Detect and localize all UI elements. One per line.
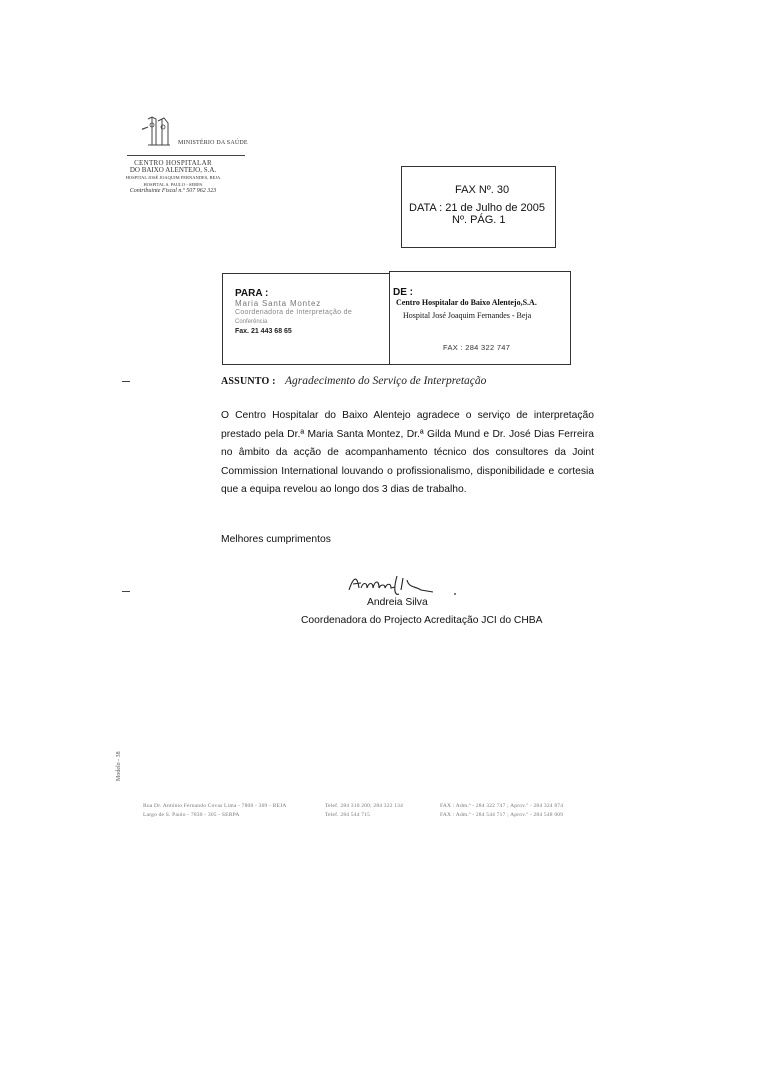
recipient-name: Maria Santa Montez [235,299,321,308]
fax-date: DATA : 21 de Julho de 2005 [409,202,545,214]
footer-address: Largo de S. Paulo - 7830 - 305 - SERPA [143,811,287,820]
punch-mark [122,381,130,382]
recipient-label: PARA : [235,288,268,299]
recipient-fax: Fax. 21 443 68 65 [235,328,292,335]
form-model-marking: Modelo - 38 [106,745,146,785]
ministry-emblem-logo [142,115,172,149]
fax-number: FAX Nº. 30 [455,184,509,196]
sender-fax: FAX : 284 322 747 [443,343,510,352]
letterhead-divider [127,155,245,156]
letterhead-line: Contribuinte Fiscal n.º 507 962 323 [118,188,228,195]
footer-addresses: Rua Dr. António Fernando Covas Lima - 78… [143,802,287,820]
footer-phone: Telef. 284 310 200; 284 322 134 [325,802,403,811]
letter-body: O Centro Hospitalar do Baixo Alentejo ag… [221,407,594,500]
letter-closing: Melhores cumprimentos [221,534,331,545]
ministry-name: MINISTÉRIO DA SAÚDE [178,140,248,146]
subject-label: ASSUNTO : [221,376,276,387]
footer-faxes: FAX : Adm.ª - 284 322 747 ; Aprov.º - 28… [440,802,563,820]
signatory-name: Andreia Silva [367,597,428,608]
signatory-role: Coordenadora do Projecto Acreditação JCI… [301,615,543,626]
recipient-role-cont: Conferência [235,319,267,325]
footer-fax: FAX : Adm.ª - 284 544 717 ; Aprov.º - 28… [440,811,563,820]
subject-text: Agradecimento do Serviço de Interpretaçã… [285,375,486,387]
footer-phone: Telef. 284 544 715 [325,811,403,820]
letterhead-line: HOSPITAL S. PAULO - SERPA [118,181,228,188]
handwritten-signature [345,570,475,600]
letterhead-address: CENTRO HOSPITALAR DO BAIXO ALENTEJO, S.A… [118,160,228,195]
letterhead-line: HOSPITAL JOSÉ JOAQUIM FERNANDES, BEJA [118,174,228,181]
footer-address: Rua Dr. António Fernando Covas Lima - 78… [143,802,287,811]
punch-mark [122,591,130,592]
footer-fax: FAX : Adm.ª - 284 322 747 ; Aprov.º - 28… [440,802,563,811]
sender-label: DE : [393,287,413,298]
sender-organization: Centro Hospitalar do Baixo Alentejo,S.A. [396,298,537,307]
footer-phones: Telef. 284 310 200; 284 322 134 Telef. 2… [325,802,403,820]
sender-hospital: Hospital José Joaquim Fernandes - Beja [403,311,531,320]
recipient-role: Coordenadora de Interpretação de [235,309,352,316]
letterhead-line: DO BAIXO ALENTEJO, S.A. [118,167,228,174]
fax-pages: Nº. PÁG. 1 [452,214,506,226]
